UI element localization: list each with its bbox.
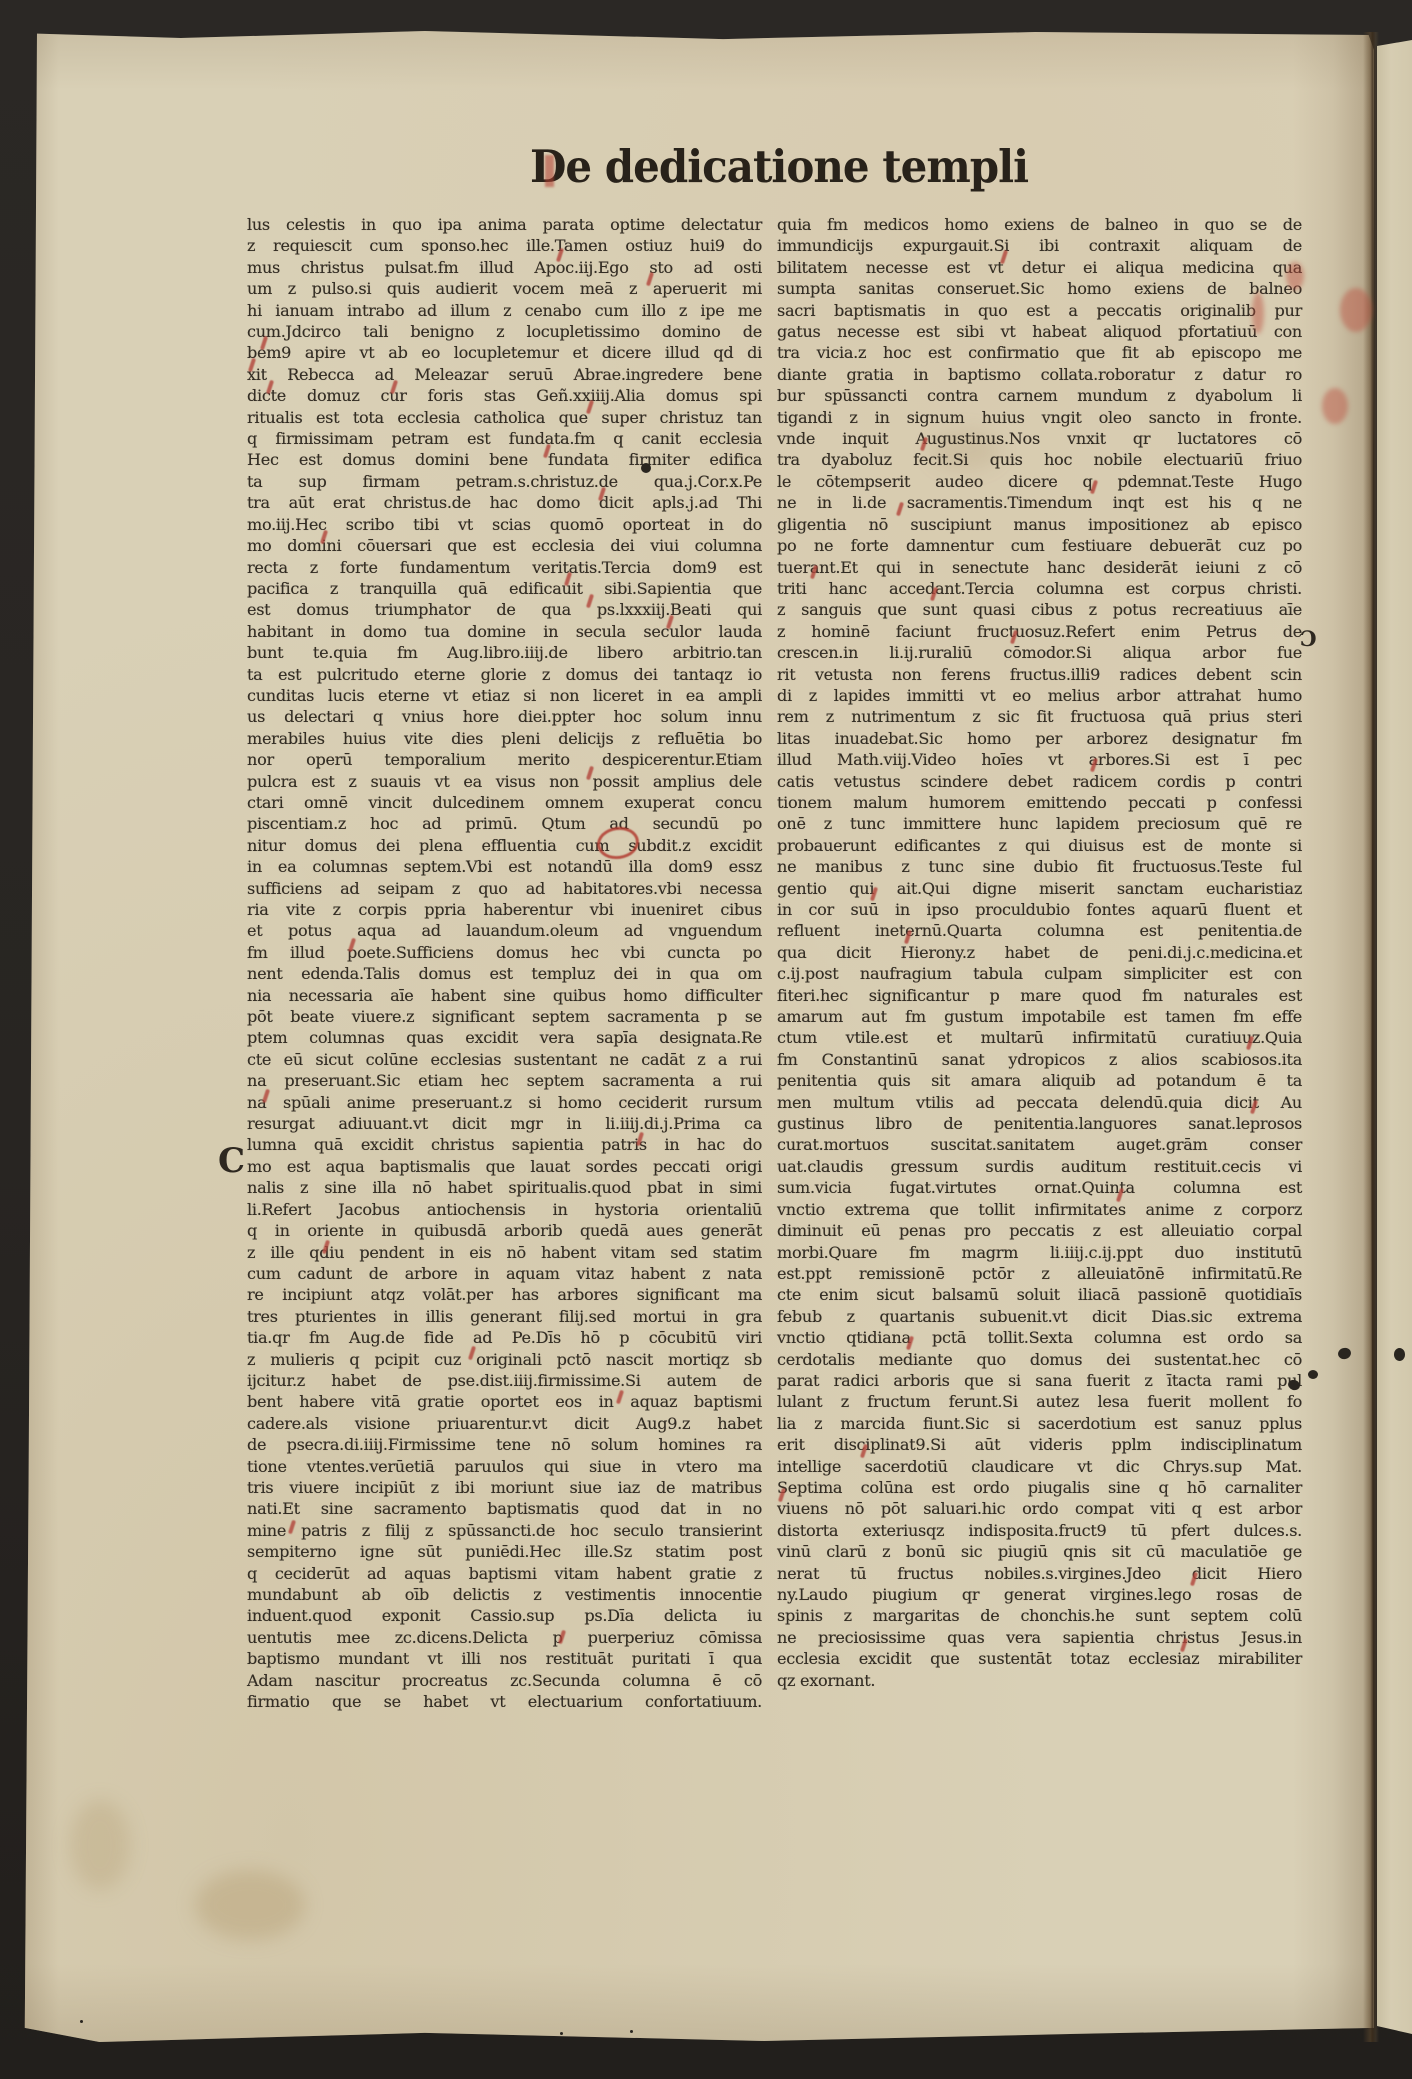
text-line: fm illud poete.Sufficiens domus hec vbi … [247,942,762,963]
text-column-right: quia fm medicos homo exiens de balneo in… [777,214,1302,1691]
text-line: sum.vicia fugat.virtutes ornat.Quinta co… [777,1177,1302,1198]
text-line: recta z forte fundamentum veritatis.Terc… [247,557,762,578]
text-line: ptem columnas quas excidit vera sapīa de… [247,1027,762,1048]
text-line: nitur domus dei plena effluentia cum sub… [247,835,762,856]
text-line: ritualis est tota ecclesia catholica que… [247,407,762,428]
ink-blot [1394,1348,1405,1361]
text-line: morbi.Quare fm magrm li.iiij.c.ij.ppt du… [777,1242,1302,1263]
text-line: spinis z margaritas de chonchis.he sunt … [777,1605,1302,1626]
text-line: z hominē faciunt fructuosuz.Refert enim … [777,621,1302,642]
text-line: est.ppt remissionē pctōr z alleuiatōnē i… [777,1263,1302,1284]
text-line: us delectari q vnius hore diei.ppter hoc… [247,706,762,727]
text-line: refluent ineternū.Quarta columna est pen… [777,920,1302,941]
text-line: ta sup firmam petram.s.christuz.de qua.j… [247,471,762,492]
text-line: cadere.als visione priuarentur.vt dicit … [247,1413,762,1434]
margin-red-smudge [1286,262,1304,290]
text-line: bur spūssancti contra carnem mundum z dy… [777,385,1302,406]
text-line: ne preciosissime quas vera sapientia chr… [777,1627,1302,1648]
text-line: tra vicia.z hoc est confirmatio que fit … [777,342,1302,363]
text-line: nerat tū fructus nobiles.s.virgines.Jdeo… [777,1563,1302,1584]
text-line: viuens nō pōt saluari.hic ordo compat vi… [777,1498,1302,1519]
paper-stain [195,1870,305,1940]
text-line: tione vtentes.verūetiā paruulos qui siue… [247,1456,762,1477]
text-line: gustinus libro de penitentia.languores s… [777,1113,1302,1134]
text-line: mo est aqua baptismalis que lauat sordes… [247,1156,762,1177]
text-line: ecclesia excidit que sustentāt totaz ecc… [777,1648,1302,1669]
margin-red-smudge [1322,388,1348,424]
text-line: ctum vtile.est et multarū infirmitatū cu… [777,1027,1302,1048]
text-line: qua dicit Hierony.z habet de peni.di.j.c… [777,942,1302,963]
text-line: cte enim sicut balsamū soluit iliacā pas… [777,1284,1302,1305]
text-line: xit Rebecca ad Meleazar seruū Abrae.ingr… [247,364,762,385]
text-line: fiteri.hec significantur p mare quod fm … [777,985,1302,1006]
text-line: tris viuere incipiūt z ibi moriunt siue … [247,1477,762,1498]
text-line: ijcitur.z habet de pse.dist.iiij.firmiss… [247,1370,762,1391]
text-line: le cōtempserit audeo dicere q pdemnat.Te… [777,471,1302,492]
text-line: catis vetustus scindere debet radicem co… [777,771,1302,792]
ink-speck [80,2020,83,2023]
text-line: habitant in domo tua domine in secula se… [247,621,762,642]
text-line: ne in li.de sacramentis.Timendum inqt es… [777,492,1302,513]
text-line: vnctio qtidiana pctā tollit.Sexta column… [777,1327,1302,1348]
text-line: uat.claudis gressum surdis auditum resti… [777,1156,1302,1177]
text-line: gentio qui ait.Qui digne miserit sanctam… [777,878,1302,899]
text-line: pulcra est z suauis vt ea visus non poss… [247,771,762,792]
text-line: resurgat adiuuant.vt dicit mgr in li.iii… [247,1113,762,1134]
text-line: erit disciplinat9.Si aūt videris pplm in… [777,1434,1302,1455]
text-line: illud Math.viij.Video hoīes vt arbores.S… [777,749,1302,770]
text-line: pōt beate viuere.z significant septem sa… [247,1006,762,1027]
text-line: lumna quā excidit christus sapientia pat… [247,1134,762,1155]
text-line: gligentia nō suscipiunt manus imposition… [777,514,1302,535]
text-line: vnctio extrema que tollit infirmitates a… [777,1199,1302,1220]
text-line: merabiles huius vite dies pleni delicijs… [247,728,762,749]
text-line: gatus necesse est sibi vt habeat aliquod… [777,321,1302,342]
text-line: baptismo mundant vt illi nos restituāt p… [247,1648,762,1669]
text-line: immundicijs expurgauit.Si ibi contraxit … [777,235,1302,256]
text-line: penitentia quis sit amara aliquib ad pot… [777,1070,1302,1091]
text-line: bunt te.quia fm Aug.libro.iiij.de libero… [247,642,762,663]
text-line: curat.mortuos suscitat.sanitatem auget.g… [777,1134,1302,1155]
text-line: ctari omnē vincit dulcedinem omnem exupe… [247,792,762,813]
text-line: mus christus pulsat.fm illud Apoc.iij.Eg… [247,257,762,278]
ink-blot [641,463,651,473]
text-line: nent edenda.Talis domus est templuz dei … [247,963,762,984]
text-line: um z pulso.si quis audierit vocem meā z … [247,278,762,299]
text-line: cerdotalis mediante quo domus dei susten… [777,1349,1302,1370]
margin-red-smudge [1340,288,1372,332]
text-line: tuerant.Et qui in senectute hanc desider… [777,557,1302,578]
text-line: cte eū sicut colūne ecclesias sustentant… [247,1049,762,1070]
text-line: nia necessaria aīe habent sine quibus ho… [247,985,762,1006]
text-line: ny.Laudo piugium qr generat virgines.leg… [777,1584,1302,1605]
text-line: in ea columnas septem.Vbi est notandū il… [247,856,762,877]
text-line: q ceciderūt ad aquas baptismi vitam habe… [247,1563,762,1584]
text-line: lus celestis in quo ipa anima parata opt… [247,214,762,235]
text-line: et potus aqua ad lauandum.oleum ad vngue… [247,920,762,941]
text-line: ta est pulcritudo eterne glorie z domus … [247,664,762,685]
text-line: ne manibus z tunc sine dubio fit fructuo… [777,856,1302,877]
text-line: pacifica z tranquilla quā edificauit sib… [247,578,762,599]
ink-speck [630,2030,633,2033]
text-line: diante gratia in baptismo collata.robora… [777,364,1302,385]
text-line: na spūali anime preseruant.z si homo cec… [247,1092,762,1113]
text-line: qz exornant. [777,1670,1302,1691]
text-line: litas inuadebat.Sic homo per arborez des… [777,728,1302,749]
text-line: c.ij.post naufragium tabula culpam simpl… [777,963,1302,984]
page-title: De dedicatione templi [530,141,1010,193]
text-line: z sanguis que sunt quasi cibus z potus r… [777,599,1302,620]
text-line: tres pturientes in illis generant filij.… [247,1306,762,1327]
paper-stain [70,1800,130,1890]
text-line: firmatio que se habet vt electuarium con… [247,1691,762,1712]
text-line: parat radici arboris que si sana fuerit … [777,1370,1302,1391]
text-line: tionem malum humorem emittendo peccati p… [777,792,1302,813]
text-line: na preseruant.Sic etiam hec septem sacra… [247,1070,762,1091]
text-line: triti hanc accedant.Tercia columna est c… [777,578,1302,599]
rubrication-mark [545,155,554,187]
text-column-left: lus celestis in quo ipa anima parata opt… [247,214,762,1712]
text-line: li.Refert Jacobus antiochensis in hystor… [247,1199,762,1220]
text-line: tra aūt erat christus.de hac domo dicit … [247,492,762,513]
text-line: z requiescit cum sponso.hec ille.Tamen o… [247,235,762,256]
text-line: mine patris z filij z spūssancti.de hoc … [247,1520,762,1541]
text-line: tra dyaboluz fecit.Si quis hoc nobile el… [777,449,1302,470]
text-line: bent habere vitā gratie oportet eos in a… [247,1391,762,1412]
text-line: z mulieris q pcipit cuz originali pctō n… [247,1349,762,1370]
text-line: nati.Et sine sacramento baptismatis quod… [247,1498,762,1519]
text-line: de psecra.di.iiij.Firmissime tene nō sol… [247,1434,762,1455]
text-line: Adam nascitur procreatus zc.Secunda colu… [247,1670,762,1691]
text-line: nalis z sine illa nō habet spiritualis.q… [247,1177,762,1198]
text-line: quia fm medicos homo exiens de balneo in… [777,214,1302,235]
page-fold-shadow [1363,32,1379,2042]
text-line: hi ianuam intrabo ad illum z cenabo cum … [247,300,762,321]
text-line: tigandi z in signum huius vngit oleo san… [777,407,1302,428]
text-line: po ne forte damnentur cum festiuare debu… [777,535,1302,556]
text-line: uentutis mee zc.dicens.Delicta p puerper… [247,1627,762,1648]
text-line: q in oriente in quibusdā arborib quedā a… [247,1220,762,1241]
text-line: tia.qr fm Aug.de fide ad Pe.Dīs hō p cōc… [247,1327,762,1348]
text-line: re incipiunt atqz volāt.per has arbores … [247,1284,762,1305]
text-line: dicte domuz cur foris stas Geñ.xxiiij.Al… [247,385,762,406]
text-line: intellige sacerdotiū claudicare vt dic C… [777,1456,1302,1477]
text-line: men multum vtilis ad peccata delendū.qui… [777,1092,1302,1113]
text-line: distorta exteriusqz indisposita.fruct9 t… [777,1520,1302,1541]
ink-speck [560,2032,563,2035]
text-line: vinū clarū z bonū sic piugiū qnis sit cū… [777,1541,1302,1562]
text-line: mundabunt ab oīb delictis z vestimentis … [247,1584,762,1605]
text-line: di z lapides immitti vt eo melius arbor … [777,685,1302,706]
text-line: cunditas lucis eterne vt etiaz si non li… [247,685,762,706]
ink-blot [1308,1370,1318,1379]
text-line: bilitatem necesse est vt detur ei aliqua… [777,257,1302,278]
text-line: sempiterno igne sūt puniēdi.Hec ille.Sz … [247,1541,762,1562]
text-line: lia z marcida fiunt.Sic si sacerdotium e… [777,1413,1302,1434]
text-line: rem z nutrimentum z sic fit fructuosa qu… [777,706,1302,727]
text-line: cum.Jdcirco tali benigno z locupletissim… [247,321,762,342]
book-photo: De dedicatione templi lus celestis in qu… [0,0,1412,2079]
text-line: amarum aut fm gustum impotabile est tame… [777,1006,1302,1027]
text-line: piscentiam.z hoc ad primū. Qtum ad secun… [247,813,762,834]
text-line: diminuit eū penas pro peccatis z est all… [777,1220,1302,1241]
text-line: lulant z fructum ferunt.Si autez lesa fu… [777,1391,1302,1412]
text-line: q firmissimam petram est fundata.fm q ca… [247,428,762,449]
text-line: onē z tunc immittere hunc lapidem precio… [777,813,1302,834]
text-line: Hec est domus domini bene fundata firmit… [247,449,762,470]
margin-initial: C [218,1146,245,1176]
margin-red-smudge [1252,292,1264,334]
text-line: induent.quod exponit Cassio.sup ps.Dīa d… [247,1605,762,1626]
text-line: crescen.in li.ij.ruraliū cōmodor.Si aliq… [777,642,1302,663]
text-line: sacri baptismatis in quo est a peccatis … [777,300,1302,321]
text-line: in cor suū in ipso proculdubio fontes aq… [777,899,1302,920]
text-line: nor operū temporalium merito despicerent… [247,749,762,770]
text-line: sumpta sanitas conseruet.Sic homo exiens… [777,278,1302,299]
text-line: Septima colūna est ordo piugalis sine q … [777,1477,1302,1498]
text-line: rit vetusta non ferens fructus.illi9 rad… [777,664,1302,685]
text-line: ria vite z corpis ppria haberentur vbi i… [247,899,762,920]
text-line: probauerunt edificantes z qui diuisus es… [777,835,1302,856]
text-line: fm Constantinū sanat ydropicos z alios s… [777,1049,1302,1070]
text-line: vnde inquit Augustinus.Nos vnxit qr luct… [777,428,1302,449]
text-line: febub z quartanis subuenit.vt dicit Dias… [777,1306,1302,1327]
adjacent-page-edge [1377,40,1412,2034]
text-line: est domus triumphator de qua ps.lxxxiij.… [247,599,762,620]
margin-mark: Ɔ [1300,626,1317,651]
text-line: cum cadunt de arbore in aquam vitaz habe… [247,1263,762,1284]
text-line: sufficiens ad seipam z quo ad habitatore… [247,878,762,899]
text-line: bem9 apire vt ab eo locupletemur et dice… [247,342,762,363]
